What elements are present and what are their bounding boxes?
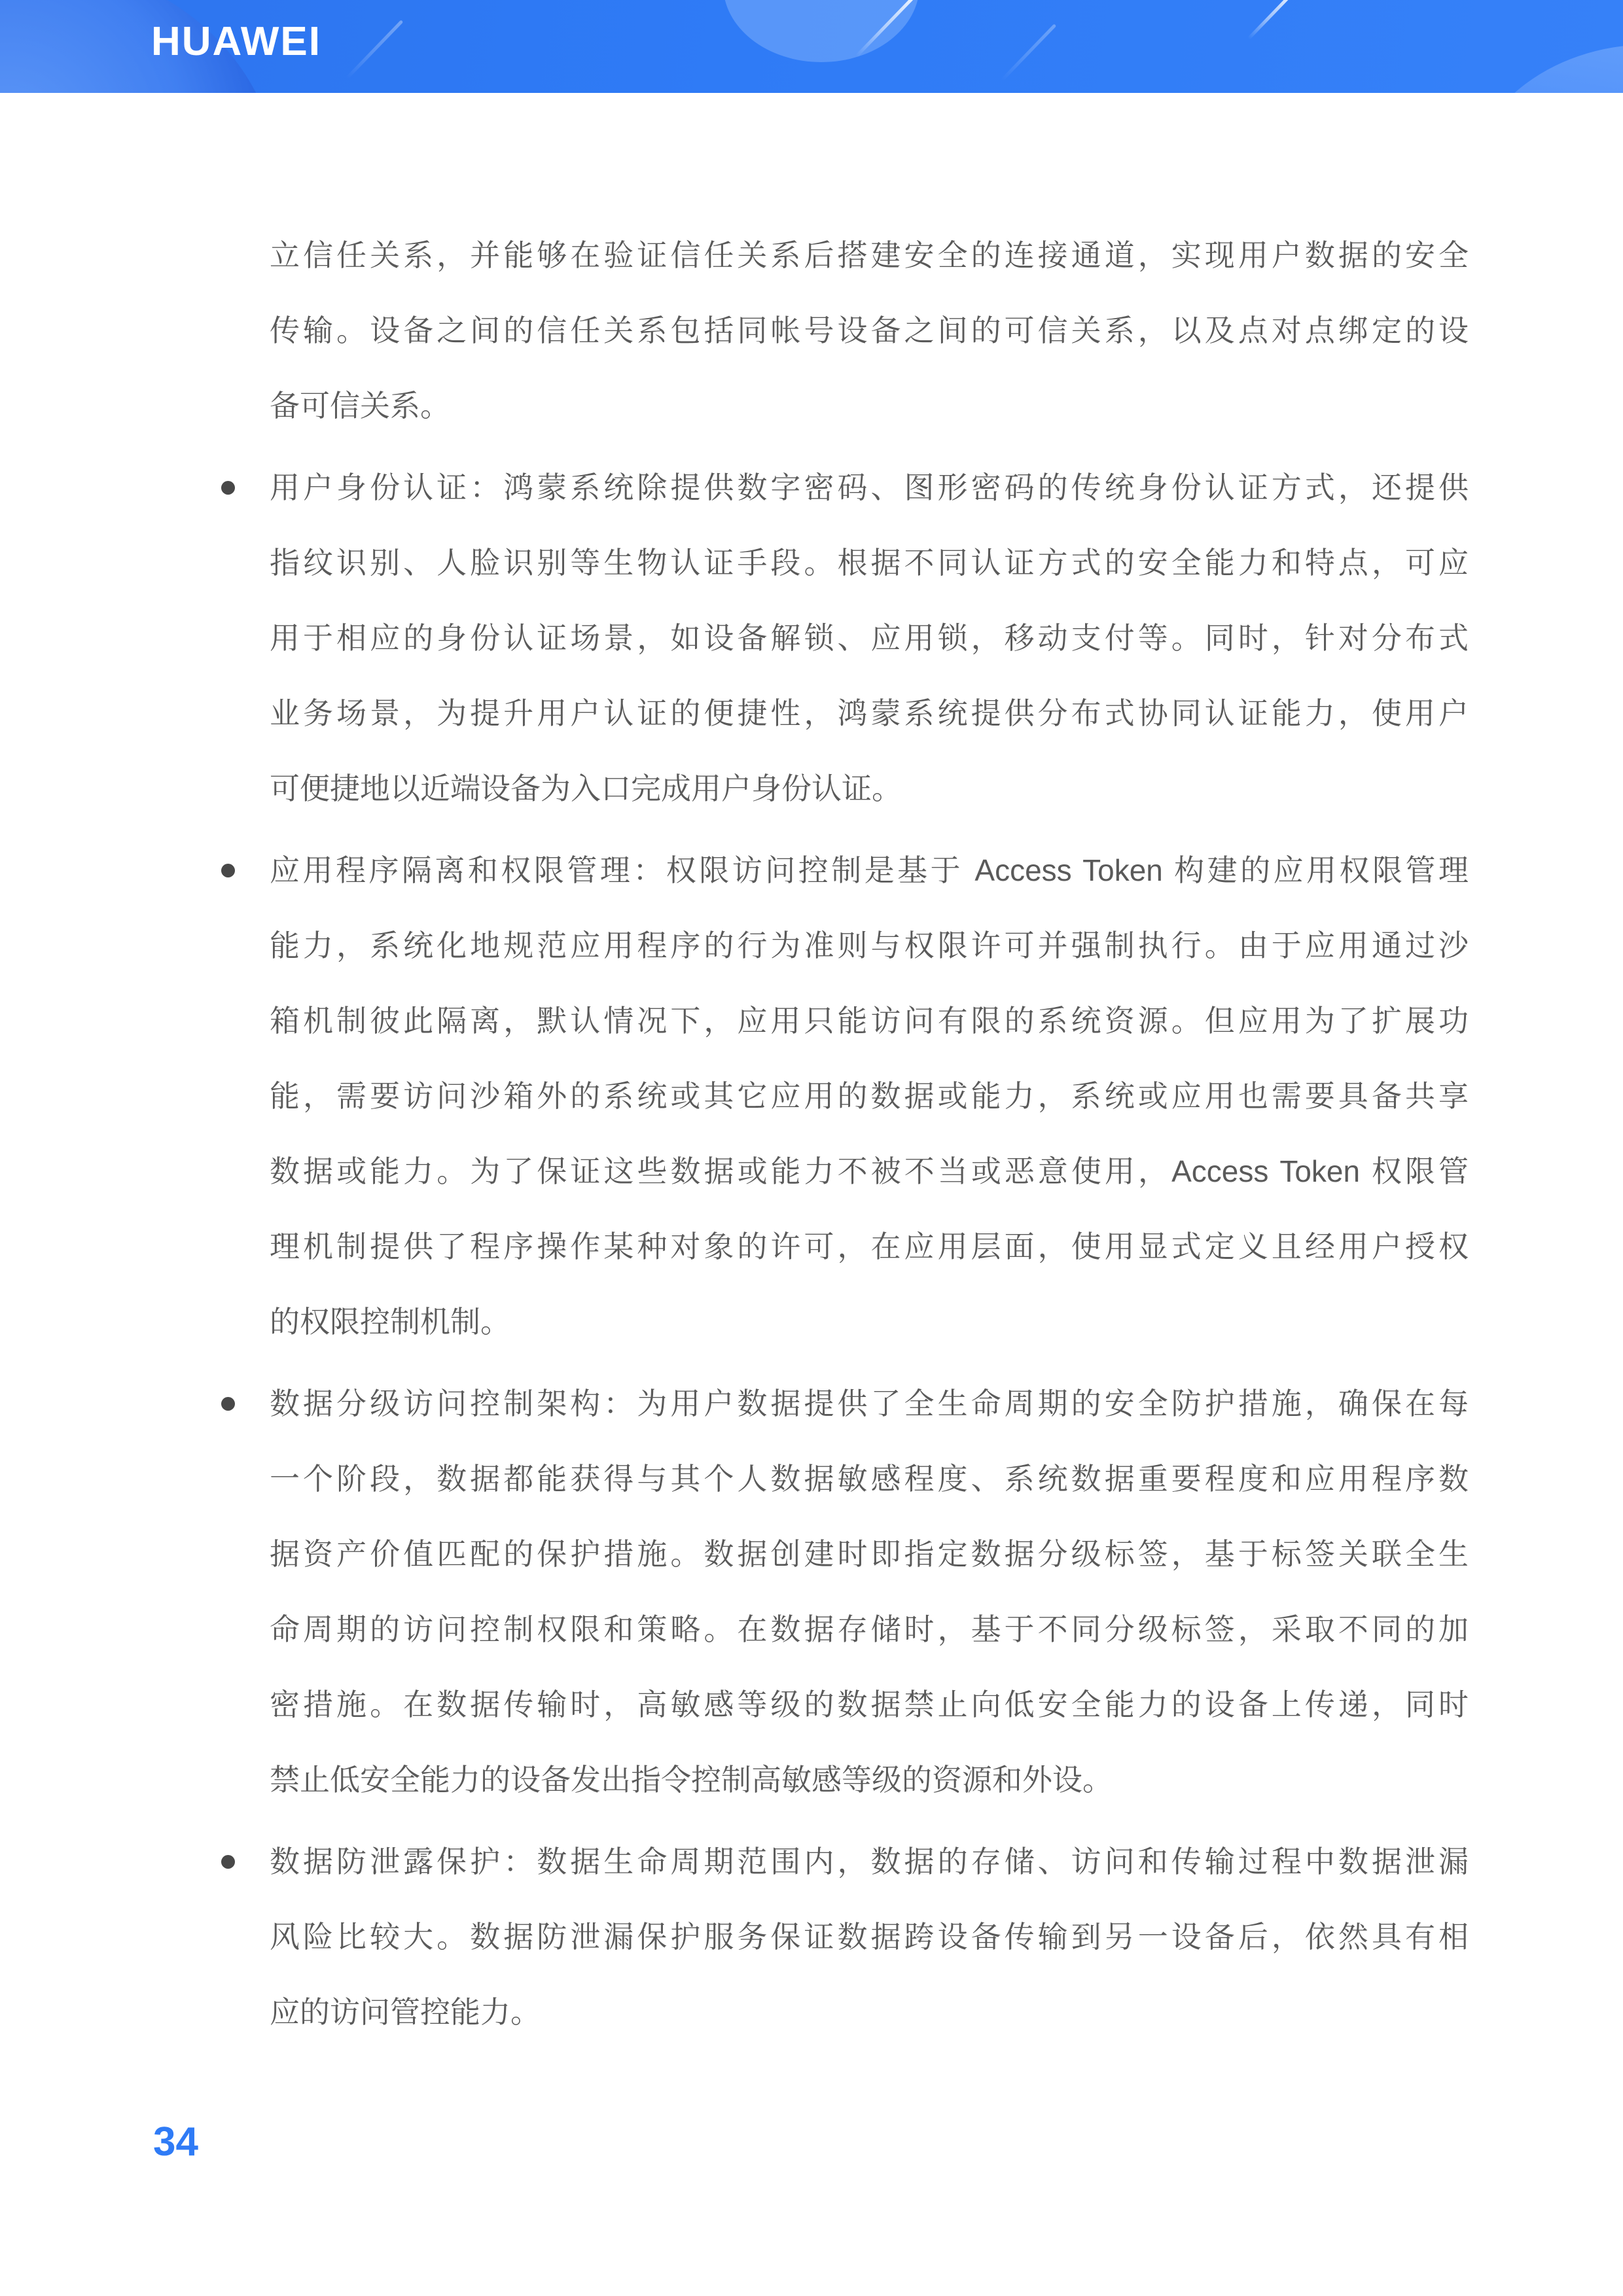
text-line: 禁止低安全能力的设备发出指令控制高敏感等级的资源和外设。 <box>270 1742 1469 1818</box>
huawei-logo: HUAWEI <box>151 22 321 62</box>
text-line: 一个阶段，数据都能获得与其个人数据敏感程度、系统数据重要程度和应用程序数 <box>270 1441 1469 1517</box>
text-line: 应的访问管控能力。 <box>270 1975 1469 2050</box>
document-page: HUAWEI 立信任关系，并能够在验证信任关系后搭建安全的连接通道，实现用户数据… <box>0 0 1623 2296</box>
text-line: 可便捷地以近端设备为入口完成用户身份认证。 <box>270 751 1469 826</box>
page-header: HUAWEI <box>0 0 1623 93</box>
page-number: 34 <box>153 2122 198 2163</box>
text-line: 用户身份认证：鸿蒙系统除提供数字密码、图形密码的传统身份认证方式，还提供 <box>270 450 1469 525</box>
text-line: 指纹识别、人脸识别等生物认证手段。根据不同认证方式的安全能力和特点，可应 <box>270 525 1469 601</box>
text-line: 传输。设备之间的信任关系包括同帐号设备之间的可信关系，以及点对点绑定的设 <box>270 293 1469 368</box>
text-line: 备可信关系。 <box>270 368 1469 444</box>
text-line: 立信任关系，并能够在验证信任关系后搭建安全的连接通道，实现用户数据的安全 <box>270 218 1469 293</box>
paragraph: 立信任关系，并能够在验证信任关系后搭建安全的连接通道，实现用户数据的安全传输。设… <box>270 218 1469 444</box>
bullet-list-item: 应用程序隔离和权限管理：权限访问控制是基于 Access Token 构建的应用… <box>270 833 1469 1360</box>
text-line: 能力，系统化地规范应用程序的行为准则与权限许可并强制执行。由于应用通过沙 <box>270 908 1469 983</box>
header-decoration-line <box>855 0 916 58</box>
bullet-dot <box>221 1855 235 1869</box>
text-line: 风险比较大。数据防泄漏保护服务保证数据跨设备传输到另一设备后，依然具有相 <box>270 1899 1469 1975</box>
bullet-dot <box>221 864 235 877</box>
text-line: 的权限控制机制。 <box>270 1284 1469 1360</box>
header-decoration-line <box>1247 0 1293 40</box>
header-decoration-blob-right <box>1466 44 1623 93</box>
bullet-dot <box>221 1397 235 1411</box>
bullet-list-item: 数据分级访问控制架构：为用户数据提供了全生命周期的安全防护措施，确保在每一个阶段… <box>270 1366 1469 1818</box>
text-line: 箱机制彼此隔离，默认情况下，应用只能访问有限的系统资源。但应用为了扩展功 <box>270 983 1469 1059</box>
header-decoration-blob-top <box>723 0 919 62</box>
header-decoration-line <box>346 20 403 79</box>
text-line: 密措施。在数据传输时，高敏感等级的数据禁止向低安全能力的设备上传递，同时 <box>270 1667 1469 1742</box>
text-line: 命周期的访问控制权限和策略。在数据存储时，基于不同分级标签，采取不同的加 <box>270 1592 1469 1667</box>
text-line: 数据分级访问控制架构：为用户数据提供了全生命周期的安全防护措施，确保在每 <box>270 1366 1469 1441</box>
header-decoration-line <box>1001 24 1057 81</box>
text-line: 业务场景，为提升用户认证的便捷性，鸿蒙系统提供分布式协同认证能力，使用户 <box>270 676 1469 751</box>
text-line: 能，需要访问沙箱外的系统或其它应用的数据或能力，系统或应用也需要具备共享 <box>270 1059 1469 1134</box>
text-line: 应用程序隔离和权限管理：权限访问控制是基于 Access Token 构建的应用… <box>270 833 1469 908</box>
bullet-dot <box>221 481 235 495</box>
text-line: 数据或能力。为了保证这些数据或能力不被不当或恶意使用，Access Token … <box>270 1134 1469 1209</box>
text-line: 据资产价值匹配的保护措施。数据创建时即指定数据分级标签，基于标签关联全生 <box>270 1517 1469 1592</box>
text-line: 理机制提供了程序操作某种对象的许可，在应用层面，使用显式定义且经用户授权 <box>270 1209 1469 1284</box>
bullet-list-item: 数据防泄露保护：数据生命周期范围内，数据的存储、访问和传输过程中数据泄漏风险比较… <box>270 1824 1469 2050</box>
text-line: 用于相应的身份认证场景，如设备解锁、应用锁，移动支付等。同时，针对分布式 <box>270 601 1469 676</box>
body-text: 立信任关系，并能够在验证信任关系后搭建安全的连接通道，实现用户数据的安全传输。设… <box>270 218 1469 2050</box>
text-line: 数据防泄露保护：数据生命周期范围内，数据的存储、访问和传输过程中数据泄漏 <box>270 1824 1469 1899</box>
bullet-list-item: 用户身份认证：鸿蒙系统除提供数字密码、图形密码的传统身份认证方式，还提供指纹识别… <box>270 450 1469 826</box>
